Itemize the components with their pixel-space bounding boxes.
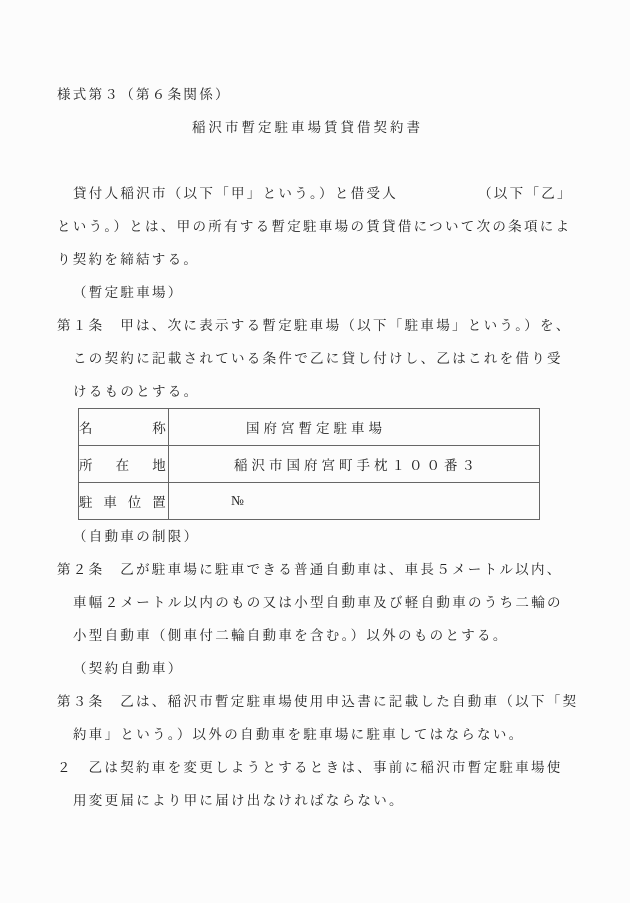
article-3-clause-2-line-2: 用変更届により甲に届け出なければならない。: [57, 784, 590, 817]
article-3-line-1: 第３条 乙は、稲沢市暫定駐車場使用申込書に記載した自動車（以下「契: [57, 685, 590, 718]
article-1-line-2: この契約に記載されている条件で乙に貸し付けし、乙はこれを借り受: [57, 342, 590, 375]
cell-value-name: 国府宮暫定駐車場: [169, 409, 540, 446]
cell-value-address: 稲沢市国府宮町手枕１００番３: [169, 446, 540, 483]
article-2-line-3: 小型自動車（側車付二輪自動車を含む。）以外のものとする。: [57, 619, 590, 652]
article-1-line-3: けるものとする。: [57, 375, 590, 408]
preamble-line-1: 貸付人稲沢市（以下「甲」という。）と借受人（以下「乙」: [57, 177, 590, 210]
preamble-line-2: という。）とは、甲の所有する暫定駐車場の賃貸借について次の条項によ: [57, 210, 590, 243]
preamble-line-1-right: （以下「乙」: [478, 186, 573, 201]
lessee-name-blank: [398, 197, 478, 198]
parking-lot-table: 名称 国府宮暫定駐車場 所在地 稲沢市国府宮町手枕１００番３ 駐車位置 №: [78, 408, 540, 520]
table-row-position: 駐車位置 №: [79, 483, 540, 520]
article-1-heading: （暫定駐車場）: [57, 276, 590, 309]
spacer-line: [57, 144, 590, 177]
cell-label-address: 所在地: [79, 446, 169, 483]
article-2-line-2: 車幅２メートル以内のもの又は小型自動車及び軽自動車のうち二輪の: [57, 586, 590, 619]
table-row-name: 名称 国府宮暫定駐車場: [79, 409, 540, 446]
contract-document-page: 様式第３（第６条関係） 稲沢市暫定駐車場賃貸借契約書 貸付人稲沢市（以下「甲」と…: [0, 0, 630, 903]
document-title: 稲沢市暫定駐車場賃貸借契約書: [41, 111, 574, 144]
article-1-line-1: 第１条 甲は、次に表示する暫定駐車場（以下「駐車場」という。）を、: [57, 309, 590, 342]
table-row-address: 所在地 稲沢市国府宮町手枕１００番３: [79, 446, 540, 483]
cell-value-position: №: [169, 483, 540, 520]
preamble-line-1-left: 貸付人稲沢市（以下「甲」という。）と借受人: [73, 186, 398, 201]
cell-label-position: 駐車位置: [79, 483, 169, 520]
cell-label-name: 名称: [79, 409, 169, 446]
article-3-heading: （契約自動車）: [57, 652, 590, 685]
preamble-line-3: り契約を締結する。: [57, 243, 590, 276]
article-3-clause-2-line-1: ２ 乙は契約車を変更しようとするときは、事前に稲沢市暫定駐車場使: [57, 751, 590, 784]
article-2-line-1: 第２条 乙が駐車場に駐車できる普通自動車は、車長５メートル以内、: [57, 553, 590, 586]
article-2-heading: （自動車の制限）: [57, 520, 590, 553]
form-number-label: 様式第３（第６条関係）: [57, 78, 590, 111]
article-3-line-2: 約車」という。）以外の自動車を駐車場に駐車してはならない。: [57, 718, 590, 751]
